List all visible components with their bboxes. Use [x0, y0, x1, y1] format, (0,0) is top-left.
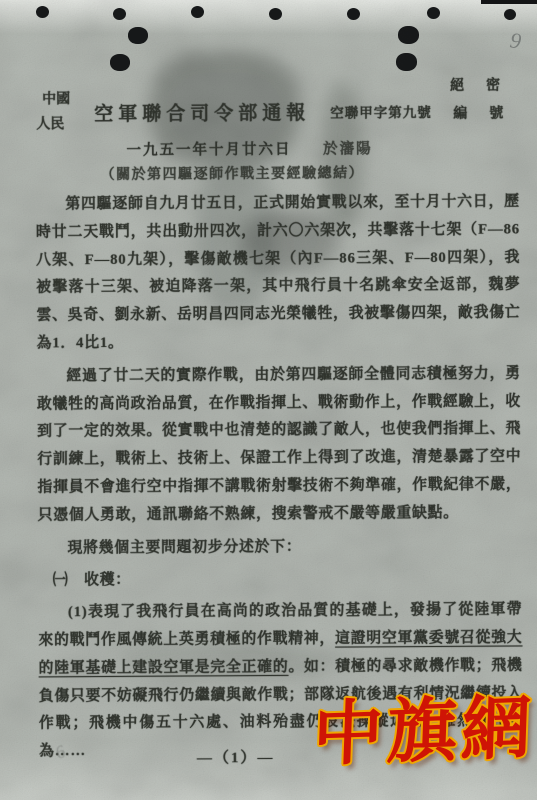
ink-blot	[110, 54, 130, 71]
document-date: 一九五一年十月廿六日	[126, 142, 291, 159]
secrecy-classification: 絕密	[450, 74, 522, 94]
site-watermark: 中旗網	[312, 694, 536, 772]
binding-hole-dot	[504, 9, 516, 20]
binding-hole-dot	[36, 6, 49, 18]
document-place: 於瀋陽	[323, 141, 373, 157]
document-title: 空軍聯合司令部通報	[94, 98, 310, 126]
org-prefix-line1: 中國	[42, 87, 70, 112]
paragraph-experience-overview: 經過了廿二天的實際作戰，由於第四驅逐師全體同志積極努力，勇敢犧牲的高尚政治品質，…	[37, 360, 522, 530]
date-line: 一九五一年十月廿六日 於瀋陽	[126, 137, 372, 160]
scanned-document-page: 9 6 中國 人民 空軍聯合司令部通報 空聯甲字第九號 絕密 編號 一九五一年十…	[0, 0, 537, 800]
document-body: 第四驅逐師自九月廿五日，正式開始實戰以來，至十月十六日，歷時廿二天戰鬥，共出動卅…	[36, 188, 524, 771]
document-content: 中國 人民 空軍聯合司令部通報 空聯甲字第九號 絕密 編號 一九五一年十月廿六日…	[0, 0, 537, 800]
document-subject: （關於第四驅逐師作戰主要經驗總結）	[101, 162, 365, 184]
paragraph-combat-summary: 第四驅逐師自九月廿五日，正式開始實戰以來，至十月十六日，歷時廿二天戰鬥，共出動卅…	[36, 188, 521, 358]
binding-hole-dot	[113, 8, 126, 20]
ink-blot	[396, 53, 417, 71]
org-prefix-line2: 人民	[36, 112, 70, 137]
issuing-org-prefix: 中國 人民	[42, 87, 70, 137]
document-number: 空聯甲字第九號	[330, 101, 432, 122]
section-heading-gains: ㈠ 收穫：	[38, 565, 522, 596]
scan-edge-mark	[481, 0, 537, 4]
binding-hole-dot	[269, 8, 282, 20]
serial-number-label: 編號	[453, 102, 525, 122]
binding-hole-dot	[427, 7, 440, 19]
ink-blot	[128, 27, 148, 44]
ink-blot	[398, 26, 419, 44]
binding-hole-dot	[191, 6, 204, 18]
binding-hole-dot	[347, 8, 360, 20]
paragraph-lead-in: 現將幾個主要問題初步分述於下：	[38, 532, 522, 563]
